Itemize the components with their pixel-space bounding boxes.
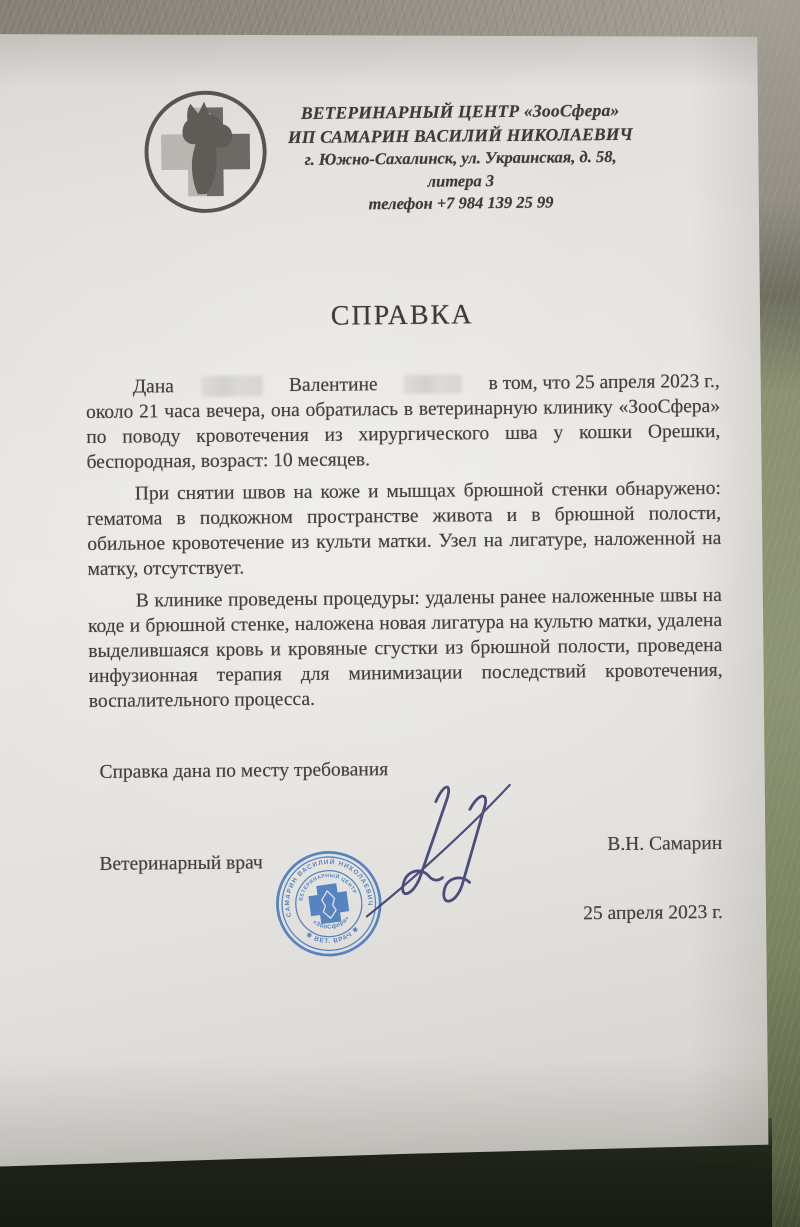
clinic-logo-icon — [141, 87, 270, 216]
handwritten-signature-icon — [340, 769, 528, 937]
owner-name: ИП САМАРИН ВАСИЛИЙ НИКОЛАЕВИЧ — [275, 122, 645, 149]
given-word: Дана — [133, 374, 174, 399]
photo-background: ВЕТЕРИНАРНЫЙ ЦЕНТР «ЗооСфера» ИП САМАРИН… — [0, 0, 800, 1227]
clinic-phone: телефон +7 984 139 25 99 — [276, 191, 646, 217]
paragraph-3: В клинике проведены процедуры: удалены р… — [88, 583, 723, 714]
document-title: СПРАВКА — [85, 297, 719, 335]
certificate-content: ВЕТЕРИНАРНЫЙ ЦЕНТР «ЗооСфера» ИП САМАРИН… — [0, 0, 800, 1227]
letterhead: ВЕТЕРИНАРНЫЙ ЦЕНТР «ЗооСфера» ИП САМАРИН… — [275, 99, 646, 217]
clinic-address: г. Южно-Сахалинск, ул. Украинская, д. 58… — [276, 146, 646, 195]
paragraph-2: При снятии швов на коже и мышцах брюшной… — [87, 476, 722, 582]
signer-role: Ветеринарный врач — [99, 852, 263, 876]
date-clause: в том, что 25 апреля 2023 г., — [489, 369, 720, 396]
signer-name: В.Н. Самарин — [522, 833, 722, 857]
org-name: ВЕТЕРИНАРНЫЙ ЦЕНТР «ЗооСфера» — [275, 99, 645, 126]
recipient-name: Валентине — [289, 372, 378, 398]
paragraph-1-rest: около 21 часа вечера, она обратилась в в… — [86, 394, 721, 475]
document-date: 25 апреля 2023 г. — [523, 902, 723, 926]
redaction-blur — [200, 375, 262, 397]
redaction-blur — [404, 374, 462, 394]
document-body: Дана Валентине в том, что 25 апреля 2023… — [86, 369, 724, 785]
